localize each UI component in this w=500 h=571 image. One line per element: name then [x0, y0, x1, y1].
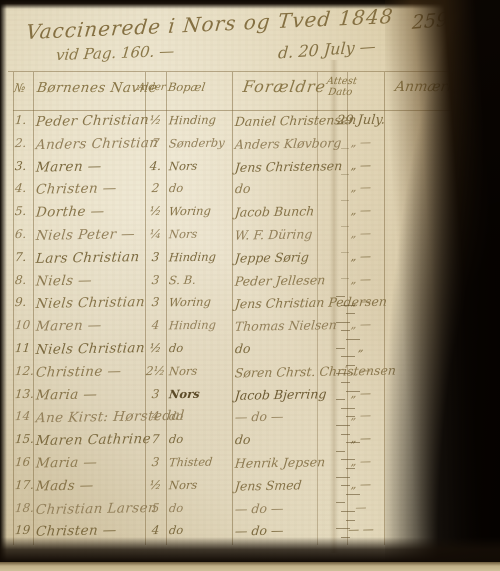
- child-age: 4: [143, 318, 167, 332]
- residence: do: [168, 341, 184, 355]
- row-number: 18.: [14, 500, 31, 514]
- row-number: 9.: [14, 295, 31, 309]
- row-number: 5.: [14, 204, 31, 218]
- child-name: Niels —: [35, 272, 92, 289]
- attest-date: „ —: [328, 272, 393, 286]
- row-number: 2.: [14, 136, 31, 150]
- child-name: Christen —: [35, 181, 117, 198]
- child-name: Christine —: [35, 363, 122, 380]
- attest-date: „ —: [328, 295, 393, 309]
- table-row: 10 Maren — 4 Hinding Thomas Nielsen „ —: [13, 317, 462, 340]
- table-row: 14 Ane Kirst: Hørstedal 4 do — do — „ —: [13, 408, 462, 431]
- child-age: 2½: [143, 364, 167, 378]
- attest-date: „ —: [328, 318, 393, 332]
- parent-name: — do —: [234, 523, 284, 539]
- residence: Hinding: [168, 318, 216, 333]
- child-name: Niels Christian: [35, 340, 145, 358]
- table-row: 7. Lars Christian 3 Hinding Jeppe Sørig …: [13, 249, 462, 272]
- attest-date: 29 July.: [328, 112, 393, 128]
- child-name: Christen —: [35, 523, 117, 540]
- register-table: № Børnenes Navne Alder Bopæl Forældre At…: [13, 72, 462, 547]
- table-row: 3. Maren — 4. Nors Jens Christensen „ —: [13, 158, 462, 181]
- table-row: 1. Peder Christian ½ Hinding Daniel Chri…: [13, 112, 462, 135]
- table-row: 4. Christen — 2 do do „ —: [13, 180, 462, 203]
- table-row: 6. Niels Peter — ¼ Nors W. F. Düring „ —: [13, 226, 462, 249]
- table-row: 15. Maren Cathrine 7 do do „ —: [13, 431, 462, 454]
- child-name: Niels Christian: [35, 294, 145, 312]
- child-age: ½: [143, 113, 167, 127]
- child-name: Mads —: [35, 477, 94, 494]
- attest-date: „ —: [328, 226, 393, 240]
- child-name: Maren Cathrine: [35, 431, 151, 449]
- residence: Thisted: [168, 455, 213, 470]
- attest-date: „ —: [328, 409, 393, 423]
- residence: do: [168, 500, 184, 514]
- child-age: 3: [143, 272, 167, 286]
- residence: Sønderby: [168, 135, 225, 150]
- child-age: 7: [143, 136, 167, 150]
- parent-name: Peder Jellesen: [234, 272, 326, 289]
- document-scan: Vaccinerede i Nors og Tved 1848 259. vid…: [0, 0, 500, 571]
- child-name: Niels Peter —: [35, 226, 136, 244]
- residence: do: [168, 409, 184, 423]
- row-number: 10: [14, 318, 31, 332]
- row-number: 19: [14, 523, 31, 537]
- child-name: Lars Christian: [35, 249, 140, 267]
- column-header-attest-date: Attest Dato: [316, 76, 365, 98]
- register-rows: 1. Peder Christian ½ Hinding Daniel Chri…: [13, 112, 462, 545]
- child-age: ½: [143, 478, 167, 492]
- row-number: 6.: [14, 227, 31, 241]
- table-row: 12. Christine — 2½ Nors Søren Chrst. Chr…: [13, 363, 462, 386]
- parent-name: Jens Christensen: [234, 158, 343, 175]
- table-row: 13. Maria — 3 Nors Jacob Bjerring „ —: [13, 386, 462, 409]
- attest-date: „ —: [328, 181, 393, 195]
- row-number: 8.: [14, 272, 31, 286]
- table-row: 9. Niels Christian 3 Woring Jens Christi…: [13, 294, 462, 317]
- parent-name: — do —: [234, 500, 284, 516]
- column-header-parents: Forældre: [242, 77, 328, 96]
- attest-date: „: [328, 340, 393, 354]
- parent-name: Jeppe Sørig: [234, 249, 309, 265]
- row-number: 16: [14, 455, 31, 469]
- child-age: 3: [143, 386, 167, 400]
- child-age: 3: [143, 250, 167, 264]
- column-header-residence: Bopæl: [167, 80, 206, 94]
- register-page: Vaccinerede i Nors og Tved 1848 259. vid…: [0, 0, 500, 571]
- attest-date: „ —: [328, 249, 393, 263]
- residence: do: [168, 432, 184, 446]
- child-age: ¼: [143, 227, 167, 241]
- table-row: 5. Dorthe — ½ Woring Jacob Bunch „ —: [13, 203, 462, 226]
- attest-date: „ —: [328, 386, 393, 400]
- child-age: 3: [143, 455, 167, 469]
- child-age: ½: [143, 341, 167, 355]
- row-number: 14: [14, 409, 31, 423]
- child-age: 5: [143, 500, 167, 514]
- child-name: Maren —: [35, 318, 102, 335]
- child-age: 4: [143, 523, 167, 537]
- residence: Nors: [168, 158, 198, 172]
- table-row: 18. Christian Larsen 5 do — do — —: [13, 500, 462, 523]
- parent-name: Jens Smed: [234, 477, 302, 493]
- row-number: 3.: [14, 158, 31, 172]
- child-name: Peder Christian: [35, 112, 150, 130]
- attest-date: „ —: [328, 432, 393, 446]
- page-number: 259.: [411, 8, 454, 34]
- header-rule: [13, 110, 462, 111]
- child-age: 3: [143, 295, 167, 309]
- attest-date: —: [328, 500, 393, 514]
- child-age: 2: [143, 181, 167, 195]
- attest-date: „ —: [328, 363, 393, 377]
- row-number: 12.: [14, 364, 31, 378]
- child-name: Dorthe —: [35, 204, 105, 221]
- child-age: 4: [143, 409, 167, 423]
- parent-name: Anders Kløvborg: [234, 135, 342, 152]
- residence: do: [168, 181, 184, 195]
- child-age: 4.: [143, 158, 167, 172]
- residence: Woring: [168, 204, 211, 219]
- attest-date: „ —: [328, 477, 393, 491]
- column-header-remarks: Anmærk.: [394, 79, 461, 95]
- table-row: 17. Mads — ½ Nors Jens Smed „ —: [13, 477, 462, 500]
- row-number: 15.: [14, 432, 31, 446]
- child-name: Maria —: [35, 454, 98, 471]
- table-row: 11 Niels Christian ½ do do „: [13, 340, 462, 363]
- residence: Woring: [168, 295, 211, 310]
- parent-name: W. F. Düring: [234, 226, 313, 242]
- table-row: 16 Maria — 3 Thisted Henrik Jepsen „ —: [13, 454, 462, 477]
- table-row: 2. Anders Christian 7 Sønderby Anders Kl…: [13, 135, 462, 158]
- parent-name: do: [234, 341, 251, 356]
- row-number: 4.: [14, 181, 31, 195]
- child-age: 7: [143, 432, 167, 446]
- register-title: Vaccinerede i Nors og Tved 1848: [25, 4, 395, 44]
- column-header-age: Alder: [137, 82, 166, 93]
- attest-date: „ —: [328, 158, 393, 172]
- row-number: 7.: [14, 250, 31, 264]
- child-name: Maria —: [35, 386, 98, 403]
- row-number: 11: [14, 341, 31, 355]
- title-block: Vaccinerede i Nors og Tved 1848 259. vid…: [0, 0, 500, 72]
- child-name: Anders Christian: [35, 135, 159, 153]
- residence: Hinding: [168, 249, 216, 264]
- table-row: 8. Niels — 3 S. B. Peder Jellesen „ —: [13, 272, 462, 295]
- row-number: 13.: [14, 386, 31, 400]
- attest-date: „ —: [328, 204, 393, 218]
- child-age: ½: [143, 204, 167, 218]
- parent-name: Henrik Jepsen: [234, 454, 326, 471]
- residence: Hinding: [168, 113, 216, 128]
- parent-name: Jacob Bjerring: [234, 386, 327, 403]
- attest-date: „ —: [328, 135, 393, 149]
- parent-name: — do —: [234, 409, 284, 425]
- row-number: 17.: [14, 478, 31, 492]
- column-header-number: №: [13, 81, 26, 95]
- table-row: 19 Christen — 4 do — do — — —: [13, 522, 462, 545]
- page-reference: vid Pag. 160. —: [55, 42, 175, 64]
- register-date: d. 20 July —: [277, 37, 376, 63]
- attest-date: — —: [328, 523, 393, 537]
- child-name: Maren —: [35, 158, 102, 175]
- residence: Nors: [168, 478, 198, 492]
- residence: Nors: [168, 227, 198, 241]
- parent-name: Jacob Bunch: [234, 203, 315, 219]
- parent-name: Thomas Nielsen: [234, 317, 337, 334]
- parent-name: do: [234, 181, 251, 196]
- residence: S. B.: [168, 272, 196, 286]
- residence: do: [168, 523, 184, 537]
- child-name: Christian Larsen: [35, 499, 158, 517]
- attest-date: „ —: [328, 454, 393, 468]
- parent-name: do: [234, 432, 251, 447]
- row-number: 1.: [14, 113, 31, 127]
- residence: Nors: [168, 386, 200, 401]
- residence: Nors: [168, 364, 198, 378]
